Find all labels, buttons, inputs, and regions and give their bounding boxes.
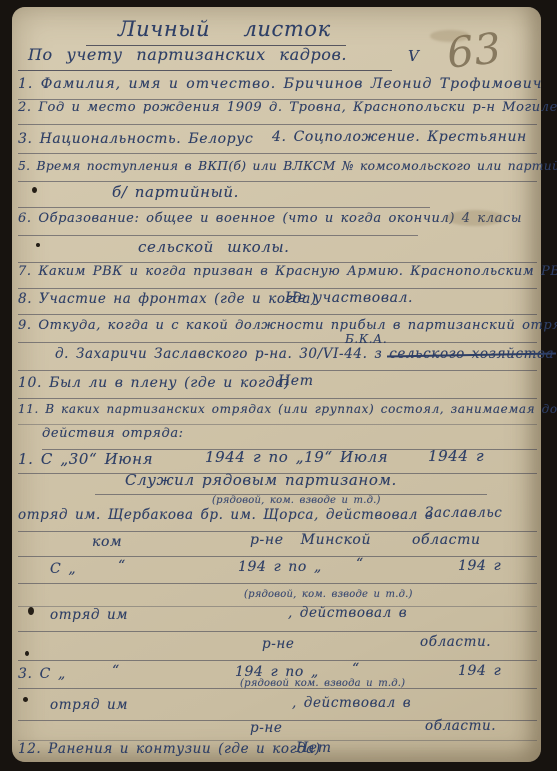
entry3-quote1: “ [112, 663, 120, 679]
field-front-service: 8. Участие на фронтах (где и когда) [18, 292, 317, 308]
ruled-line [18, 235, 418, 236]
entry2-quote1: “ [118, 558, 126, 574]
entry3-role-hint: (рядовой ком. взвода и т.д.) [240, 678, 405, 690]
photographed-document: Личный листок По учету партизанских кадр… [0, 0, 557, 771]
ruled-line [18, 314, 537, 315]
entry1-role-hint: (рядовой, ком. взводе и т.д.) [212, 495, 381, 507]
field-arrival-correction-note: Б.К.А. [345, 333, 387, 347]
entry3-district: р-не [250, 721, 283, 737]
entry2-unit: отряд им [50, 608, 128, 624]
field-arrival-origin: 9. Откуда, когда и с какой должности при… [18, 319, 557, 334]
field-detachments-cont: действия отряда: [42, 427, 184, 442]
ruled-line [18, 342, 537, 343]
entry2-date-to: 194 г [458, 558, 501, 574]
entry2-region: области. [420, 635, 491, 651]
entry2-acted: , действовал в [288, 606, 407, 622]
field-education-cont: сельской школы. [138, 239, 290, 256]
arrival-answer-struck-text: сельского хозяйства [389, 346, 554, 362]
entry3-region: области. [425, 719, 496, 735]
field-party-membership-answer: б/ партийный. [112, 184, 239, 201]
ruled-line [18, 556, 537, 557]
entry1-district: р-не Минской [250, 532, 371, 548]
entry1-role: Служил рядовым партизаном. [125, 472, 397, 489]
entry1-place: Заславльс [425, 506, 502, 522]
entry1-date-to: 1944 г [428, 448, 484, 465]
entry1-unit: отряд им. Щербакова бр. им. Щорса, дейст… [18, 508, 433, 524]
paper-smudge [430, 30, 470, 42]
document-title: Личный листок [118, 17, 331, 41]
ruled-line [18, 262, 537, 263]
ruled-line [18, 181, 537, 182]
ruled-line [18, 153, 537, 154]
entry2-date-mid: 194 г по „ [238, 559, 322, 575]
field-social-position: 4. Соцположение. Крестьянин [272, 129, 527, 145]
field-detachments: 11. В каких партизанских отрядах (или гр… [18, 403, 557, 417]
field-captivity-answer: Нет [278, 373, 314, 389]
paper-speck [25, 651, 29, 656]
entry3-quote2: “ [352, 661, 360, 677]
field-arrival-answer: д. Захаричи Заславского р-на. 30/VI-44. … [55, 347, 554, 363]
ruled-line [18, 398, 537, 399]
field-nationality: 3. Национальность. Белорус [18, 131, 253, 147]
ruled-line [18, 124, 537, 125]
entry2-district: р-не [262, 637, 295, 653]
entry3-date-to: 194 г [458, 663, 501, 679]
entry2-role-hint: (рядовой, ком. взводе и т.д.) [244, 589, 413, 601]
paper-smudge [445, 210, 505, 226]
entry1-region: области [412, 532, 481, 548]
field-name: 1. Фамилия, имя и отчество. Бричинов Лео… [18, 76, 542, 92]
paper-speck [28, 607, 34, 615]
entry1-place-cont: ком [92, 534, 122, 550]
field-party-membership: 5. Время поступления в ВКП(б) или ВЛКСМ … [18, 159, 557, 173]
field-wounds-answer: Нет [296, 740, 332, 756]
document-subtitle: По учету партизанских кадров. [28, 46, 347, 64]
check-mark: V [408, 48, 419, 65]
ruled-line [18, 70, 392, 71]
field-birth: 2. Год и место рождения 1909 д. Тровна, … [18, 101, 557, 116]
ruled-line [18, 370, 537, 371]
entry3-acted: , действовал в [292, 696, 411, 712]
entry2-date-from: С „ [50, 561, 76, 577]
arrival-answer-text: д. Захаричи Заславского р-на. 30/VI-44. … [55, 346, 382, 362]
field-conscription: 7. Каким РВК и когда призван в Красную А… [18, 265, 557, 280]
field-wounds: 12. Ранения и контузии (где и когда) [18, 742, 321, 758]
ruled-line [18, 288, 537, 289]
entry3-unit: отряд им [50, 698, 128, 714]
ruled-line [18, 631, 537, 632]
field-front-service-answer: Не участвовал. [285, 290, 413, 306]
entry1-date-mid: 1944 г по „19“ Июля [205, 449, 388, 466]
entry2-quote2: “ [356, 556, 364, 572]
entry1-date-from: 1. С „30“ Июня [18, 451, 153, 468]
field-captivity: 10. Был ли в плену (где и когда) [18, 375, 290, 391]
entry3-date-from: 3. С „ [18, 666, 66, 682]
paper-speck [23, 697, 28, 702]
paper-speck [36, 243, 40, 247]
ruled-line [18, 424, 537, 425]
ruled-line [18, 207, 430, 208]
ruled-line [18, 660, 537, 661]
paper-speck [32, 187, 37, 193]
ruled-line [18, 583, 537, 584]
